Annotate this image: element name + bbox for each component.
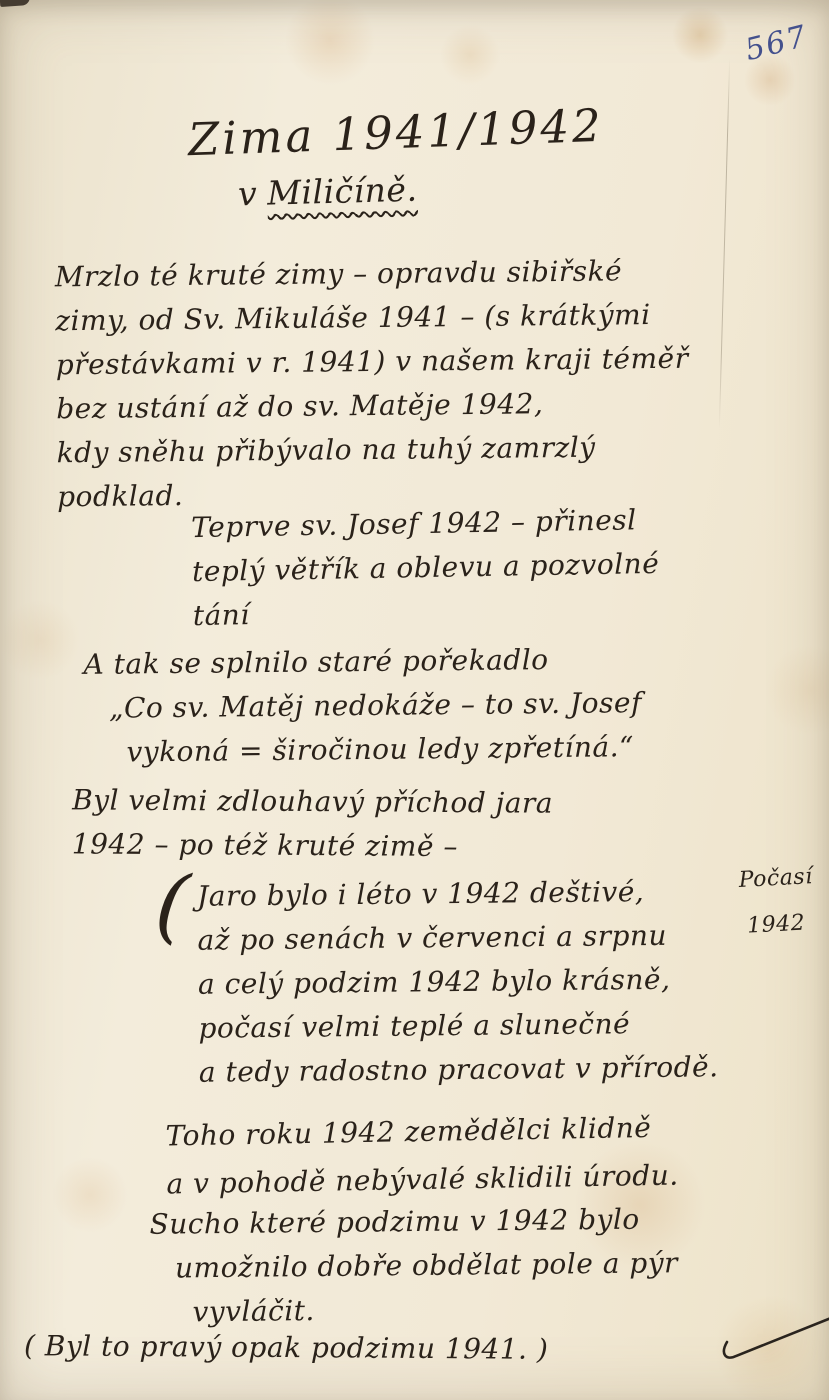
paragraph-st-josef: Teprve sv. Josef 1942 – přinesl teplý vě… (191, 498, 661, 638)
handwritten-line: až po senách v červenci a srpnu (197, 913, 717, 962)
paragraph-slow-spring: Byl velmi zdlouhavý příchod jara 1942 – … (72, 778, 554, 869)
paragraph-harvest: Toho roku 1942 zemědělci klidně a v poho… (165, 1104, 679, 1209)
handwritten-line: kdy sněhu přibývalo na tuhý zamrzlý (56, 425, 689, 476)
handwritten-line: teplý větřík a oblevu a pozvolné (192, 542, 660, 594)
paragraph-weather-1942: Jaro bylo i léto v 1942 deštivé, až po s… (197, 869, 719, 1094)
paragraph-winter-frost: Mrzlo té kruté zimy – opravdu sibiřské z… (55, 249, 690, 520)
paragraph-proverb: A tak se splnilo staré pořekadlo „Co sv.… (83, 637, 642, 775)
handwritten-line: Sucho které podzimu v 1942 bylo (149, 1197, 677, 1247)
handwritten-line: „Co sv. Matěj nedokáže – to sv. Josef (109, 681, 642, 731)
handwritten-line: Byl velmi zdlouhavý příchod jara (72, 778, 553, 825)
page-number: 567 (742, 19, 812, 68)
margin-note-weather: Počasí 1942 (738, 854, 817, 950)
paper-edge-mark (0, 0, 30, 7)
handwritten-line: Mrzlo té kruté zimy – opravdu sibiřské (55, 249, 688, 300)
handwritten-line: Jaro bylo i léto v 1942 deštivé, (197, 869, 717, 918)
subtitle-place-name: Miličíně. (267, 170, 418, 213)
paragraph-dry-autumn: Sucho které podzimu v 1942 bylo umožnilo… (149, 1197, 678, 1335)
handwritten-line: zimy, od Sv. Mikuláše 1941 – (s krátkými (55, 293, 688, 344)
opening-parenthesis: ( (151, 857, 193, 955)
page-subtitle: vMiličíně. (238, 170, 418, 214)
handwritten-line: ( Byl to pravý opak podzimu 1941. ) (24, 1324, 549, 1372)
handwritten-line: a celý podzim 1942 bylo krásně, (198, 957, 718, 1006)
page-title: Zima 1941/1942 (187, 99, 604, 166)
paragraph-closing-remark: ( Byl to pravý opak podzimu 1941. ) (24, 1324, 549, 1372)
handwritten-line: přestávkami v r. 1941) v našem kraji tém… (56, 337, 689, 388)
handwritten-line: A tak se splnilo staré pořekadlo (83, 637, 641, 687)
subtitle-prefix: v (238, 174, 258, 213)
paper-crease-line (719, 58, 730, 428)
handwritten-line: bez ustání až do sv. Matěje 1942, (56, 381, 689, 432)
handwritten-line: umožnilo dobře obdělat pole a pýr (175, 1241, 678, 1290)
margin-note-line: Počasí (738, 854, 814, 904)
handwritten-line: tání (192, 586, 660, 638)
handwritten-line: a tedy radostno pracovat v přírodě. (199, 1045, 719, 1094)
ink-flourish-stroke (712, 1312, 829, 1368)
handwritten-line: vykoná = širočinou ledy zpřetíná.“ (126, 725, 642, 774)
manuscript-page: 567 Zima 1941/1942 vMiličíně. Mrzlo té k… (0, 0, 829, 1400)
handwritten-line: počasí velmi teplé a slunečné (198, 1001, 718, 1050)
handwritten-line: 1942 – po též kruté zimě – (72, 822, 553, 869)
margin-note-line: 1942 (746, 900, 816, 949)
